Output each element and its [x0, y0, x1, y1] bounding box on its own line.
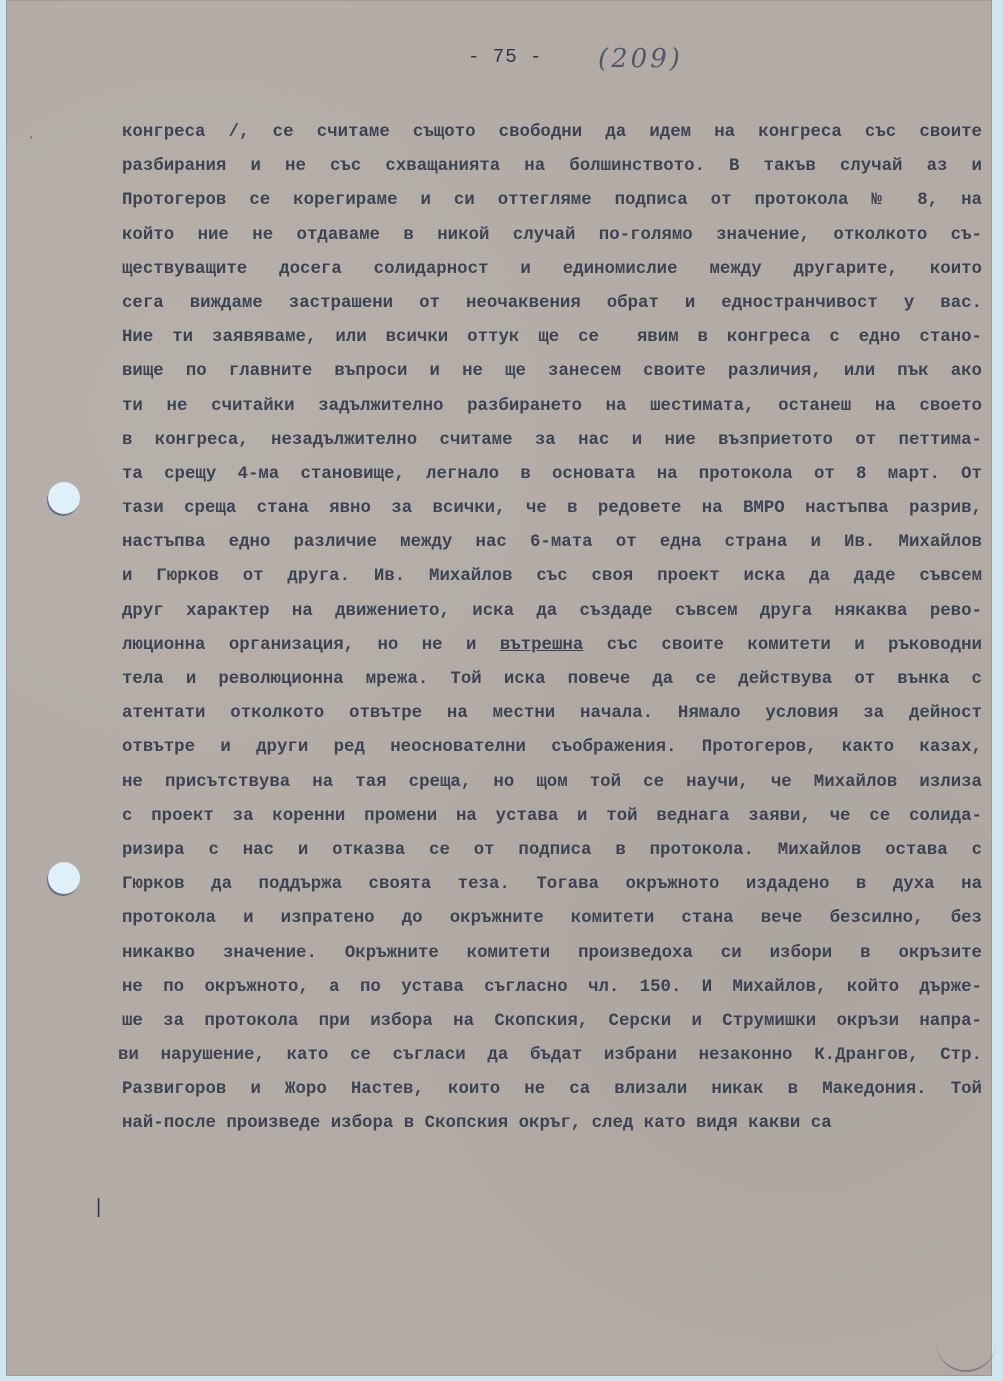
- text-line: настъпва едно различие между нас 6-мата …: [122, 526, 982, 560]
- text-line: не присътствува на тая среща, но щом той…: [122, 766, 982, 800]
- text-line: разбирания и не със схващанията на болши…: [122, 150, 982, 184]
- text-line: Развигоров и Жоро Настев, които не са вл…: [122, 1073, 982, 1107]
- margin-bar-mark: |: [96, 1196, 101, 1219]
- text-line: най-после произведе избора в Скопския ок…: [122, 1107, 972, 1141]
- margin-tick-mark: ʼ: [30, 136, 32, 147]
- text-line: та срещу 4-ма становище, легнало в основ…: [122, 458, 982, 492]
- punch-hole-lower: [48, 862, 80, 894]
- text-line: Протогеров се корегираме и си оттегляме …: [122, 184, 982, 218]
- text-line: атентати отколкото отвътре на местни нач…: [122, 697, 982, 731]
- pencil-mark: [936, 1340, 996, 1372]
- document-body: конгреса /, се считаме същото свободни д…: [122, 116, 982, 1142]
- text-line: Гюрков да поддържа своята теза. Тогава о…: [122, 868, 982, 902]
- punch-hole-upper: [48, 482, 80, 514]
- text-line: ви нарушение, като се съгласи да бъдат и…: [118, 1039, 982, 1073]
- underlined-word: вътрешна: [500, 636, 584, 655]
- typewritten-page: - 75 - (209) ʼ | . конгреса /, се считам…: [6, 0, 992, 1376]
- text-line: ти не считайки задължително разбирането …: [122, 390, 982, 424]
- text-line: никакво значение. Окръжните комитети про…: [122, 937, 982, 971]
- text-segment: със своите комитети и ръководни: [583, 636, 982, 655]
- text-line: и Гюрков от друга. Ив. Михайлов със своя…: [122, 560, 982, 594]
- text-line: тази среща стана явно за всички, че в ре…: [122, 492, 982, 526]
- text-line: вище по главните въпроси и не ще занесем…: [122, 355, 982, 389]
- text-line: конгреса /, се считаме същото свободни д…: [122, 116, 982, 150]
- text-line: Ние ти заявяваме, или всички оттук ще се…: [122, 321, 982, 355]
- text-line: друг характер на движението, иска да съз…: [122, 595, 982, 629]
- handwritten-archive-number: (209): [598, 44, 683, 74]
- text-line: ризира с нас и отказва се от подписа в п…: [122, 834, 982, 868]
- text-segment: люционна организация, но не и: [122, 636, 500, 655]
- text-line: който ние не отдаваме в никой случай по-…: [122, 219, 982, 253]
- text-line: тела и революционна мрежа. Той иска пове…: [122, 663, 982, 697]
- text-line: не по окръжното, а по устава съгласно чл…: [122, 971, 982, 1005]
- text-line: ществуващите досега солидарност и едином…: [122, 253, 982, 287]
- text-line: ше за протокола при избора на Скопския, …: [122, 1005, 982, 1039]
- text-line: в конгреса, незадължително считаме за на…: [122, 424, 982, 458]
- page-number: - 75 -: [468, 46, 542, 68]
- text-line: с проект за коренни промени на устава и …: [122, 800, 982, 834]
- text-line: протокола и изпратено до окръжните комит…: [122, 902, 982, 936]
- text-line: сега виждаме застрашени от неочаквения о…: [122, 287, 982, 321]
- text-line: отвътре и други ред неоснователни съобра…: [122, 731, 982, 765]
- text-line-with-underline: люционна организация, но не и вътрешна с…: [122, 629, 982, 663]
